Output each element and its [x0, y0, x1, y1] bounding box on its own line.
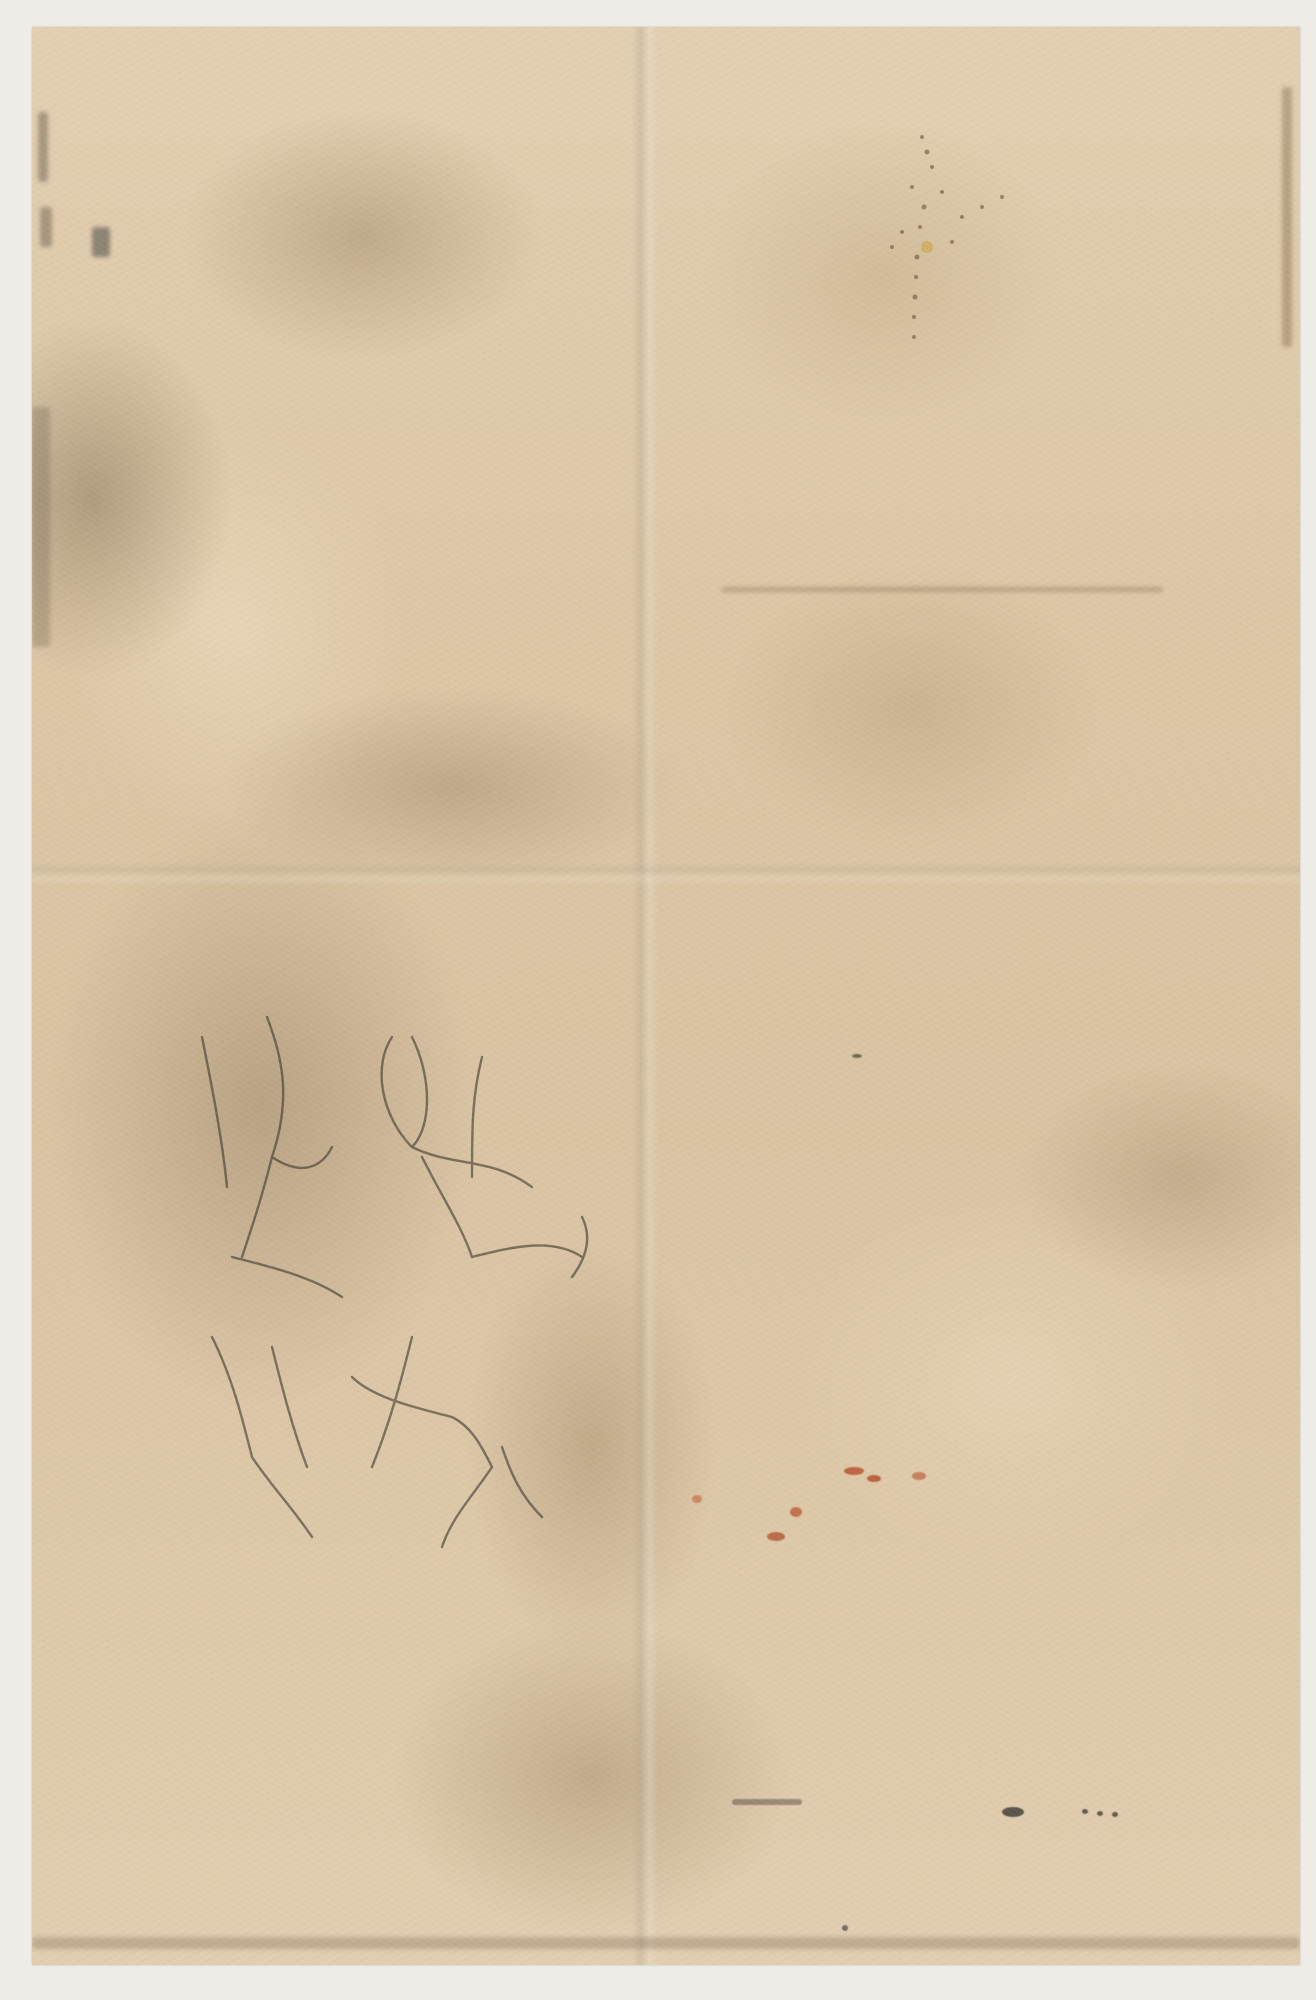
red-speck	[867, 1475, 881, 1482]
dark-speck	[1097, 1811, 1103, 1816]
photo-backdrop	[0, 0, 1316, 2000]
dark-speck	[1002, 1807, 1024, 1817]
edge-stain	[1282, 87, 1292, 347]
dark-speck	[1112, 1812, 1118, 1817]
red-speck	[692, 1495, 702, 1503]
red-speck	[767, 1532, 785, 1541]
dark-speck	[732, 1799, 802, 1805]
dark-speck	[1082, 1809, 1088, 1814]
dark-speck	[852, 1054, 862, 1058]
edge-stain	[38, 112, 48, 182]
horizontal-fold-line	[32, 862, 1300, 886]
red-speck	[790, 1507, 802, 1517]
edge-stain	[40, 207, 52, 247]
charcoal-foliage-sketch	[172, 997, 632, 1557]
edge-stain	[32, 1937, 1300, 1949]
dotted-cross-mark	[852, 97, 1112, 397]
stain-line	[722, 587, 1162, 592]
vertical-fold-line	[632, 27, 658, 1965]
red-speck	[912, 1472, 926, 1480]
dark-speck	[842, 1925, 848, 1931]
edge-stain	[32, 407, 50, 647]
aged-paper-sheet	[32, 27, 1300, 1965]
red-speck	[844, 1467, 864, 1475]
edge-stain	[92, 227, 110, 257]
